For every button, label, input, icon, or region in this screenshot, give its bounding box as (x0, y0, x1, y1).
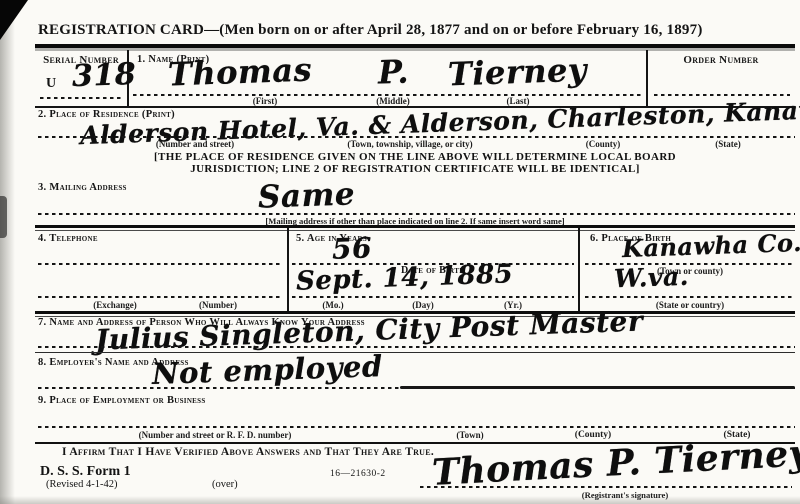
name-middle-value: P. (377, 52, 409, 91)
serial-number-value: 318 (71, 57, 136, 94)
scan-edge-artifact (0, 0, 15, 504)
town-sublabel: (Town, township, village, or city) (310, 139, 510, 149)
employment-place-label: 9. Place of Employment or Business (38, 395, 206, 406)
row-divider (35, 352, 795, 353)
signature-sublabel: (Registrant's signature) (540, 490, 710, 500)
dotted-line (38, 263, 280, 265)
street-sublabel: (Number and street) (120, 139, 270, 149)
jurisdiction-notice-line1: [THE PLACE OF RESIDENCE GIVEN ON THE LIN… (35, 151, 795, 163)
birth-state-value: W.va. (614, 262, 690, 294)
jurisdiction-notice-line2: JURISDICTION; LINE 2 OF REGISTRATION CER… (35, 163, 795, 175)
over-note: (over) (212, 479, 238, 490)
month-sublabel: (Mo.) (293, 300, 373, 310)
middle-sublabel: (Middle) (353, 96, 433, 106)
employment-town-sublabel: (Town) (420, 430, 520, 440)
card-title: REGISTRATION CARD—(Men born on or after … (38, 22, 703, 39)
birth-town-value: Kanawha Co. (622, 228, 800, 263)
day-sublabel: (Day) (383, 300, 463, 310)
scan-smudge-artifact (0, 196, 7, 238)
dotted-line (40, 97, 124, 99)
serial-prefix: U (46, 76, 56, 92)
dotted-line (292, 296, 574, 298)
employment-street-sublabel: (Number and street or R. F. D. number) (90, 430, 340, 440)
state-sublabel: (State) (688, 139, 768, 149)
exchange-sublabel: (Exchange) (65, 300, 165, 310)
dotted-line (38, 426, 795, 428)
mailing-address-value: Same (257, 176, 355, 215)
column-divider (287, 228, 289, 313)
dotted-line (38, 346, 795, 348)
title-rule (35, 44, 795, 48)
dotted-line (654, 94, 790, 96)
dotted-line (38, 296, 280, 298)
column-divider (578, 228, 580, 313)
name-last-value: Tierney (447, 51, 587, 94)
age-value: 56 (331, 231, 372, 265)
section-divider (35, 225, 795, 228)
section-divider (35, 230, 795, 231)
print-code: 16—21630-2 (330, 469, 386, 479)
order-number-label: Order Number (648, 54, 794, 66)
telephone-label: 4. Telephone (38, 233, 98, 244)
name-first-value: Thomas (167, 50, 312, 93)
dotted-line (585, 296, 795, 298)
date-of-birth-value: Sept. 14, 1885 (296, 259, 514, 297)
form-number: D. S. S. Form 1 (40, 464, 131, 480)
registration-card: REGISTRATION CARD—(Men born on or after … (0, 0, 800, 504)
first-sublabel: (First) (225, 96, 305, 106)
number-sublabel: (Number) (168, 300, 268, 310)
employer-value: Not employed (151, 349, 383, 391)
county-sublabel: (County) (563, 139, 643, 149)
affirmation-statement: I Affirm That I Have Verified Above Answ… (62, 446, 434, 458)
mailing-address-label: 3. Mailing Address (38, 182, 127, 193)
ink-smear-artifact (400, 386, 795, 389)
employment-county-sublabel: (County) (543, 430, 643, 440)
form-revision: (Revised 4-1-42) (46, 479, 117, 490)
